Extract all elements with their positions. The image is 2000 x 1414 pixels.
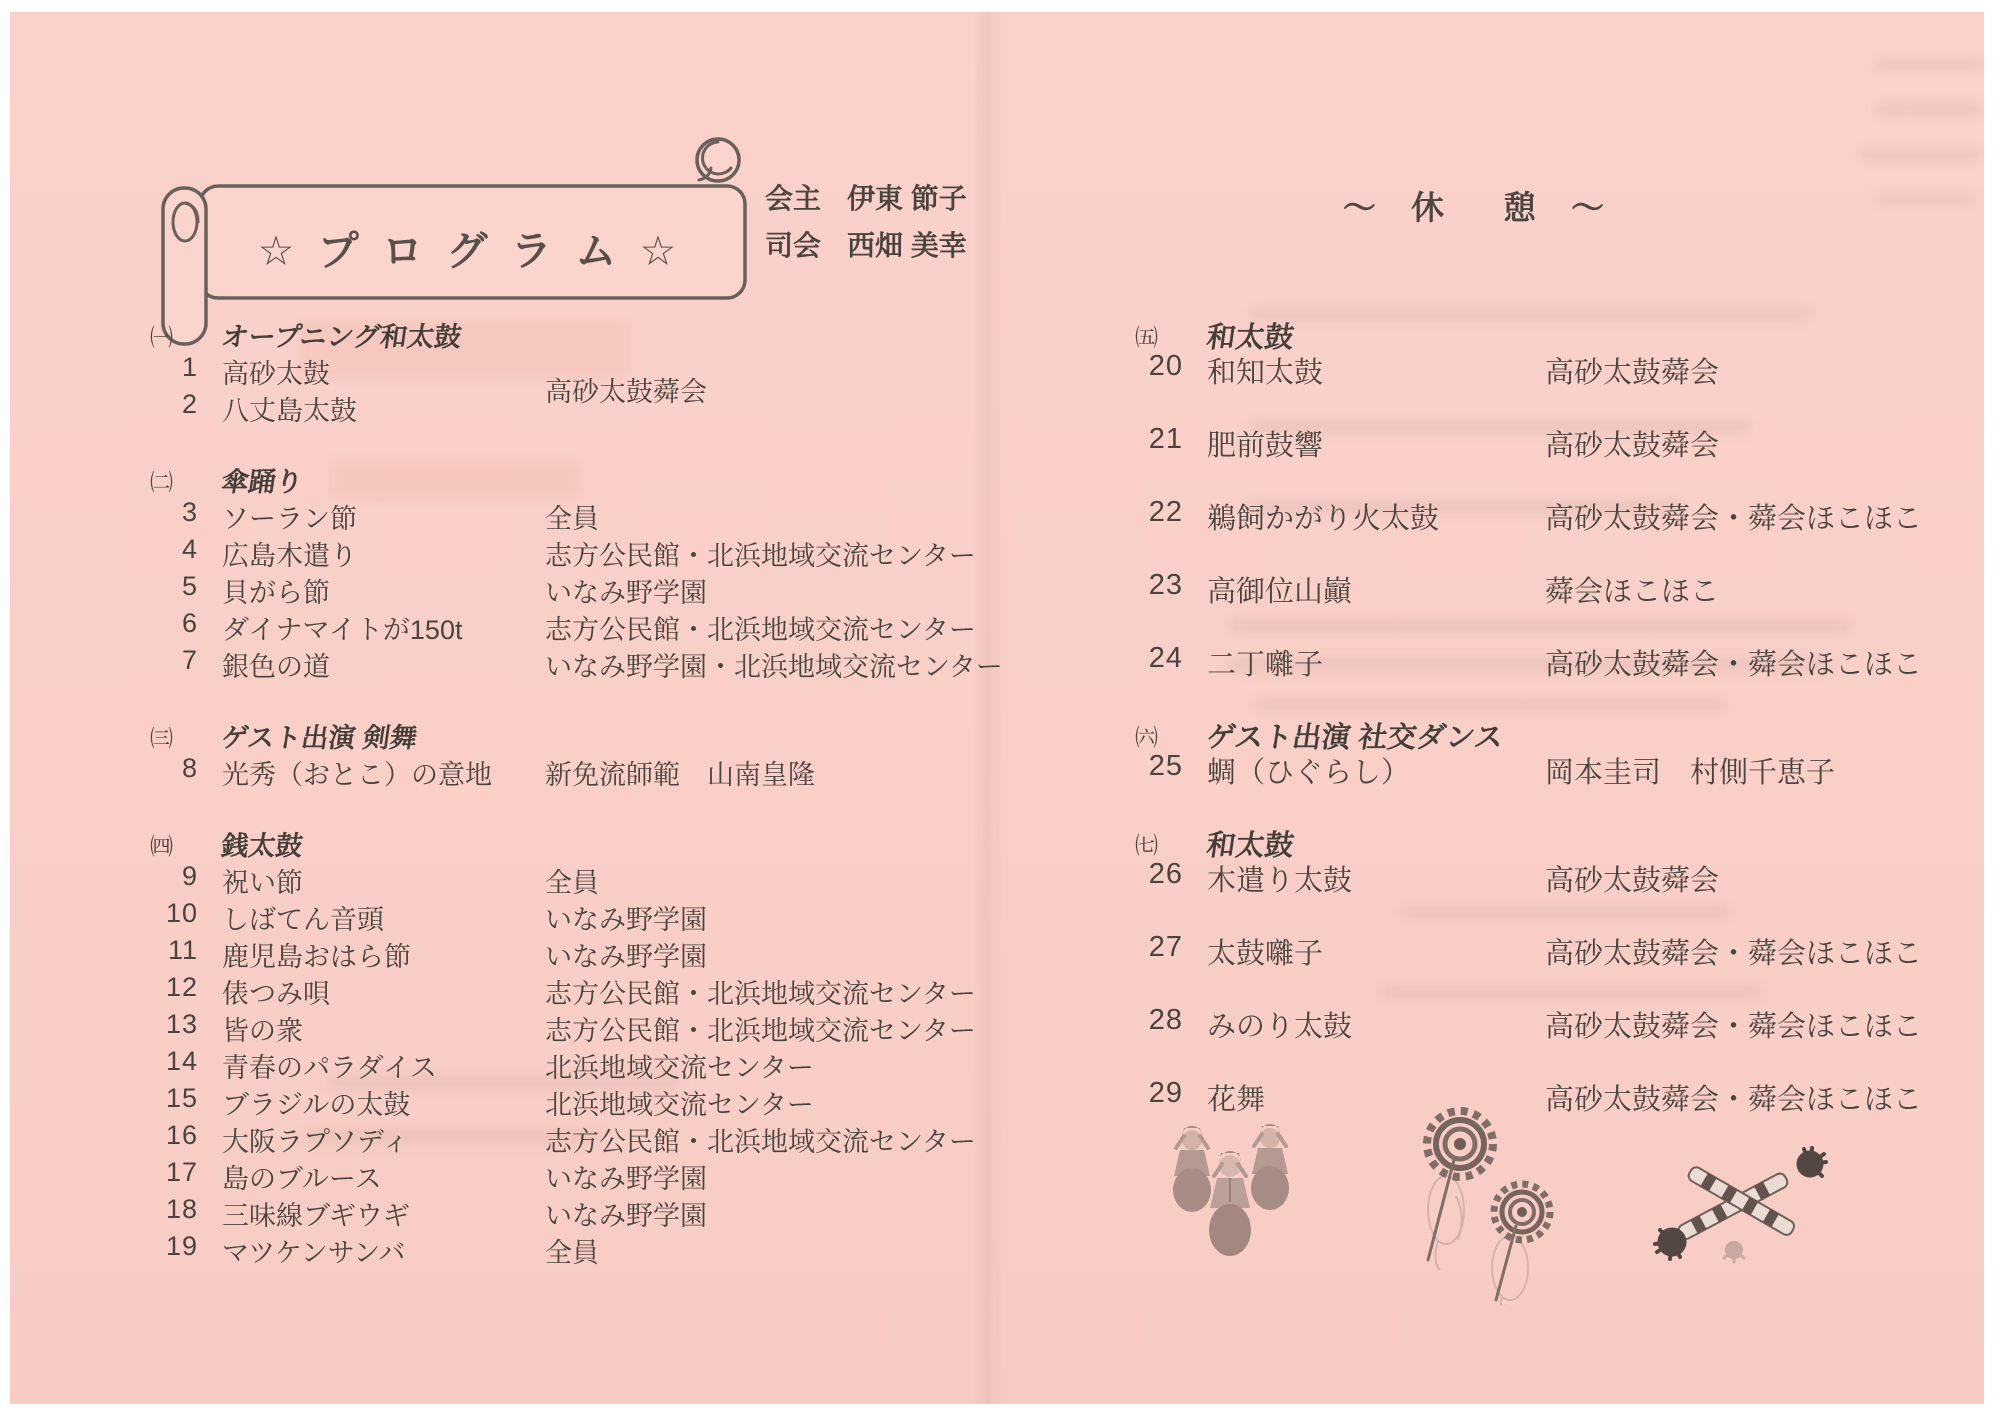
item-title: 鵜飼かがり火太鼓	[1207, 496, 1439, 537]
program-title: ☆ プ ロ グ ラ ム ☆	[225, 218, 715, 277]
program-item-row: 13皆の衆志方公民館・北浜地域交流センター	[148, 1009, 968, 1046]
item-performer: 全員	[545, 861, 599, 900]
item-performer: 志方公民館・北浜地域交流センター	[545, 534, 976, 573]
program-item-row: 8光秀（おとこ）の意地新免流師範 山南皇隆	[148, 753, 968, 790]
program-list-right: ㈤和太鼓20和知太鼓高砂太鼓蕣会21肥前鼓響高砂太鼓蕣会22鵜飼かがり火太鼓高砂…	[1133, 315, 1995, 1150]
item-performer: いなみ野学園	[545, 898, 707, 937]
item-title: 高砂太鼓	[222, 352, 330, 391]
item-title: みのり太鼓	[1207, 1004, 1352, 1045]
item-title: 三味線ブギウギ	[222, 1194, 410, 1233]
item-number: 16	[148, 1120, 198, 1151]
item-number: 1	[148, 352, 198, 383]
item-title: 太鼓囃子	[1207, 931, 1323, 972]
program-item-row: 15ブラジルの太鼓北浜地域交流センター	[148, 1083, 968, 1120]
program-item-row: 23高御位山巓蕣会ほこほこ	[1133, 569, 1995, 605]
item-number: 8	[148, 753, 198, 784]
item-number: 28	[1133, 1004, 1183, 1037]
item-number: 29	[1133, 1077, 1183, 1110]
item-performer: 高砂太鼓蕣会・蕣会ほこほこ	[1545, 1004, 1922, 1045]
program-item-row: 4広島木遣り志方公民館・北浜地域交流センター	[148, 534, 968, 571]
program-section: ㈥ゲスト出演 社交ダンス25蜩（ひぐらし）岡本圭司 村側千恵子	[1133, 715, 1995, 786]
section-heading: ㈤和太鼓	[1133, 315, 1995, 350]
item-number: 25	[1133, 750, 1183, 783]
section-marker: ㈡	[150, 464, 173, 497]
section-title: オープニング和太鼓	[219, 315, 464, 354]
item-performer: 高砂太鼓蕣会	[1545, 350, 1719, 391]
item-number: 17	[148, 1157, 198, 1188]
section-title: 銭太鼓	[219, 824, 305, 863]
program-item-row: 27太鼓囃子高砂太鼓蕣会・蕣会ほこほこ	[1133, 931, 1995, 967]
item-performer: 全員	[545, 1231, 599, 1270]
item-number: 9	[148, 861, 198, 892]
item-title: 青春のパラダイス	[222, 1046, 437, 1085]
item-number: 3	[148, 497, 198, 528]
item-performer: 志方公民館・北浜地域交流センター	[545, 1009, 976, 1048]
credit-role: 会主	[765, 175, 821, 222]
item-number: 7	[148, 645, 198, 676]
item-number: 19	[148, 1231, 198, 1262]
program-item-row: 28みのり太鼓高砂太鼓蕣会・蕣会ほこほこ	[1133, 1004, 1995, 1040]
item-title: 祝い節	[222, 861, 303, 900]
section-heading: ㈦和太鼓	[1133, 823, 1995, 858]
item-number: 5	[148, 571, 198, 602]
program-section: ㈠オープニング和太鼓1高砂太鼓2八丈島太鼓高砂太鼓蕣会	[148, 315, 968, 426]
program-item-row: 16大阪ラプソディ志方公民館・北浜地域交流センター	[148, 1120, 968, 1157]
item-number: 11	[148, 935, 198, 966]
item-performer: いなみ野学園	[545, 1194, 707, 1233]
item-number: 6	[148, 608, 198, 639]
item-performer: 志方公民館・北浜地域交流センター	[545, 1120, 976, 1159]
item-title: 高御位山巓	[1207, 569, 1352, 610]
program-item-row: 18三味線ブギウギいなみ野学園	[148, 1194, 968, 1231]
section-marker: ㈣	[150, 828, 173, 861]
item-number: 27	[1133, 931, 1183, 964]
program-item-row: 17島のブルースいなみ野学園	[148, 1157, 968, 1194]
item-number: 20	[1133, 350, 1183, 383]
section-title: 傘踊り	[219, 460, 305, 499]
section-heading: ㈠オープニング和太鼓	[148, 315, 968, 352]
item-performer: いなみ野学園	[545, 571, 707, 610]
program-item-row: 6ダイナマイトが150t志方公民館・北浜地域交流センター	[148, 608, 968, 645]
item-number: 14	[148, 1046, 198, 1077]
section-heading: ㈡傘踊り	[148, 460, 968, 497]
item-title: しばてん音頭	[222, 898, 384, 937]
program-section: ㈣銭太鼓9祝い節全員10しばてん音頭いなみ野学園11鹿児島おはら節いなみ野学園1…	[148, 824, 968, 1268]
item-number: 21	[1133, 423, 1183, 456]
program-item-row: 22鵜飼かがり火太鼓高砂太鼓蕣会・蕣会ほこほこ	[1133, 496, 1995, 532]
item-title: マツケンサンバ	[222, 1231, 405, 1270]
item-title: 貝がら節	[222, 571, 330, 610]
item-title: 二丁囃子	[1207, 642, 1323, 683]
item-performer: 高砂太鼓蕣会	[1545, 858, 1719, 899]
item-title: 八丈島太鼓	[222, 389, 357, 428]
item-number: 22	[1133, 496, 1183, 529]
item-number: 10	[148, 898, 198, 929]
program-item-row: 24二丁囃子高砂太鼓蕣会・蕣会ほこほこ	[1133, 642, 1995, 678]
item-number: 12	[148, 972, 198, 1003]
item-title: 木遣り太鼓	[1207, 858, 1352, 899]
item-performer: 高砂太鼓蕣会・蕣会ほこほこ	[1545, 496, 1922, 537]
item-performer: いなみ野学園・北浜地域交流センター	[545, 645, 1003, 684]
section-marker: ㈤	[1135, 319, 1158, 352]
program-item-row: 25蜩（ひぐらし）岡本圭司 村側千恵子	[1133, 750, 1995, 786]
credit-name: 西畑 美幸	[847, 230, 967, 261]
program-list-left: ㈠オープニング和太鼓1高砂太鼓2八丈島太鼓高砂太鼓蕣会㈡傘踊り3ソーラン節全員4…	[148, 315, 968, 1302]
program-item-row: 11鹿児島おはら節いなみ野学園	[148, 935, 968, 972]
item-number: 18	[148, 1194, 198, 1225]
item-performer: 新免流師範 山南皇隆	[545, 753, 815, 792]
scan-background: ☆ プ ロ グ ラ ム ☆ 会主伊東 節子 司会西畑 美幸 ㈠オープニング和太鼓…	[0, 0, 2000, 1414]
dancing-trio-illustration	[1158, 1114, 1310, 1266]
section-marker: ㈢	[150, 720, 173, 753]
program-item-row: 14青春のパラダイス北浜地域交流センター	[148, 1046, 968, 1083]
item-performer: いなみ野学園	[545, 935, 707, 974]
umbrella-dancers-illustration	[1398, 1100, 1580, 1305]
item-number: 15	[148, 1083, 198, 1114]
item-performer: 岡本圭司 村側千恵子	[1545, 750, 1835, 791]
program-section: ㈢ゲスト出演 剣舞8光秀（おとこ）の意地新免流師範 山南皇隆	[148, 716, 968, 790]
item-performer: 全員	[545, 497, 599, 536]
credits-block: 会主伊東 節子 司会西畑 美幸	[765, 175, 967, 269]
section-heading: ㈥ゲスト出演 社交ダンス	[1133, 715, 1995, 750]
crossed-tassel-batons-illustration	[1642, 1132, 1842, 1272]
item-title: 島のブルース	[222, 1157, 382, 1196]
program-item-row: 3ソーラン節全員	[148, 497, 968, 534]
credit-row-mc: 司会西畑 美幸	[765, 222, 967, 269]
program-section: ㈦和太鼓26木遣り太鼓高砂太鼓蕣会27太鼓囃子高砂太鼓蕣会・蕣会ほこほこ28みの…	[1133, 823, 1995, 1113]
program-item-row: 26木遣り太鼓高砂太鼓蕣会	[1133, 858, 1995, 894]
program-item-row: 5貝がら節いなみ野学園	[148, 571, 968, 608]
item-title: 鹿児島おはら節	[222, 935, 411, 974]
item-title: 和知太鼓	[1207, 350, 1323, 391]
item-performer: 高砂太鼓蕣会・蕣会ほこほこ	[1545, 1077, 1922, 1118]
program-item-row: 19マツケンサンバ全員	[148, 1231, 968, 1268]
section-marker: ㈠	[150, 319, 173, 352]
item-title: 肥前鼓響	[1207, 423, 1323, 464]
item-title: ソーラン節	[222, 497, 357, 536]
item-number: 2	[148, 389, 198, 420]
item-number: 4	[148, 534, 198, 565]
item-number: 24	[1133, 642, 1183, 675]
item-performer: 高砂太鼓蕣会	[1545, 423, 1719, 464]
program-item-row: 10しばてん音頭いなみ野学園	[148, 898, 968, 935]
item-performer: いなみ野学園	[545, 1157, 707, 1196]
item-performer: 高砂太鼓蕣会・蕣会ほこほこ	[1545, 642, 1922, 683]
item-title: 蜩（ひぐらし）	[1207, 750, 1410, 791]
program-item-row: 7銀色の道いなみ野学園・北浜地域交流センター	[148, 645, 968, 682]
item-performer: 志方公民館・北浜地域交流センター	[545, 972, 976, 1011]
program-item-row: 20和知太鼓高砂太鼓蕣会	[1133, 350, 1995, 386]
program-section: ㈤和太鼓20和知太鼓高砂太鼓蕣会21肥前鼓響高砂太鼓蕣会22鵜飼かがり火太鼓高砂…	[1133, 315, 1995, 678]
section-heading: ㈣銭太鼓	[148, 824, 968, 861]
item-title: 銀色の道	[222, 645, 330, 684]
item-performer: 蕣会ほこほこ	[1545, 569, 1719, 610]
program-section: ㈡傘踊り3ソーラン節全員4広島木遣り志方公民館・北浜地域交流センター5貝がら節い…	[148, 460, 968, 682]
item-title: ダイナマイトが150t	[222, 608, 462, 647]
section-marker: ㈥	[1135, 719, 1158, 752]
item-title: 大阪ラプソディ	[222, 1120, 409, 1159]
item-performer: 志方公民館・北浜地域交流センター	[545, 608, 976, 647]
item-performer: 高砂太鼓蕣会・蕣会ほこほこ	[1545, 931, 1922, 972]
center-fold-shadow	[972, 12, 1006, 1404]
item-title: 広島木遣り	[222, 534, 357, 573]
section-title: ゲスト出演 剣舞	[219, 716, 420, 755]
program-item-row: 12俵つみ唄志方公民館・北浜地域交流センター	[148, 972, 968, 1009]
section-heading: ㈢ゲスト出演 剣舞	[148, 716, 968, 753]
item-title: 皆の衆	[222, 1009, 303, 1048]
item-title: 花舞	[1207, 1077, 1265, 1118]
item-number: 26	[1133, 858, 1183, 891]
credit-row-organizer: 会主伊東 節子	[765, 175, 967, 222]
item-number: 23	[1133, 569, 1183, 602]
program-item-row: 9祝い節全員	[148, 861, 968, 898]
credit-name: 伊東 節子	[847, 183, 967, 214]
item-number: 13	[148, 1009, 198, 1040]
item-title: 俵つみ唄	[222, 972, 330, 1011]
credit-role: 司会	[765, 222, 821, 269]
item-performer: 北浜地域交流センター	[545, 1046, 814, 1085]
section-marker: ㈦	[1135, 827, 1158, 860]
group-performer: 高砂太鼓蕣会	[545, 370, 707, 409]
item-title: 光秀（おとこ）の意地	[222, 753, 492, 792]
item-title: ブラジルの太鼓	[222, 1083, 410, 1122]
intermission-heading: ～ 休 憩 ～	[1310, 182, 1650, 229]
program-item-row: 21肥前鼓響高砂太鼓蕣会	[1133, 423, 1995, 459]
item-performer: 北浜地域交流センター	[545, 1083, 814, 1122]
